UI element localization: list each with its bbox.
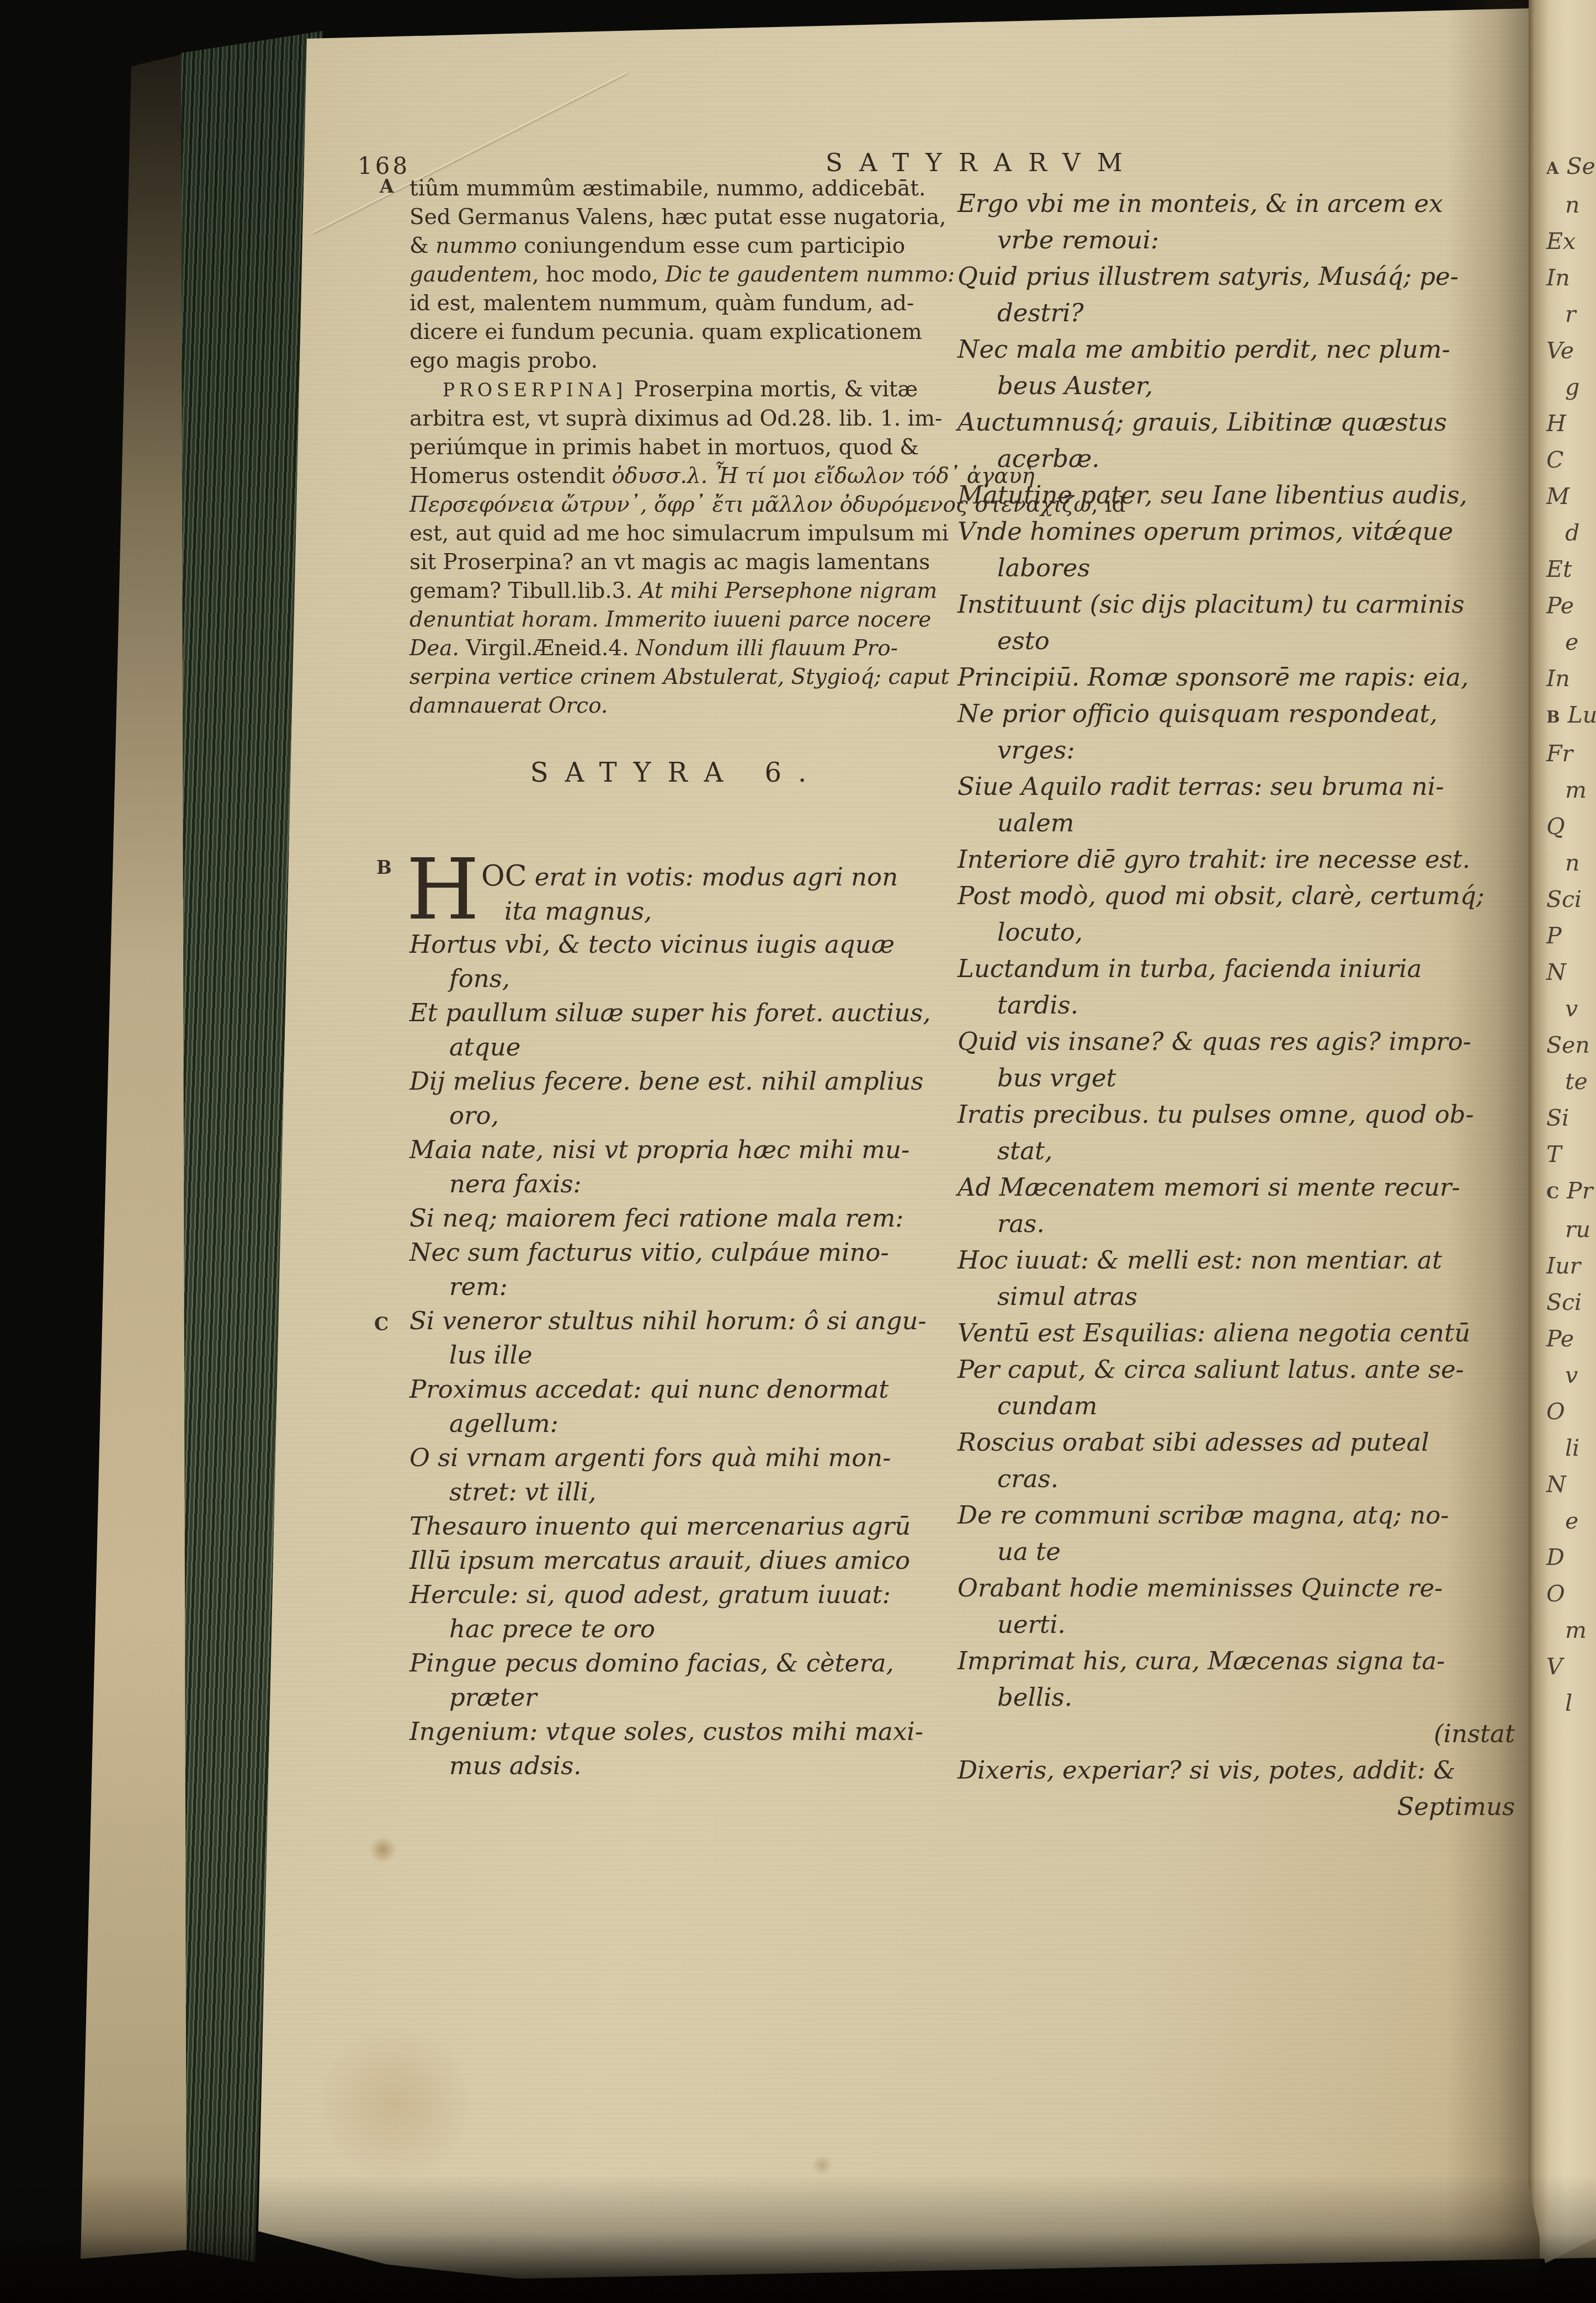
verse-line-text: Orabant hodie meminisses Quincte re- [957, 1573, 1443, 1602]
fragment-line: Pe [1546, 587, 1596, 624]
fragment-line: CPr [1546, 1172, 1596, 1211]
commentary-text: ego magis probo. [409, 348, 598, 373]
fragment-text: Pe [1546, 592, 1574, 619]
quoted-text: serpina vertice crinem Abstulerat, Stygi… [409, 665, 949, 689]
verse-line: OC erat in votis: modus agri non [409, 859, 948, 894]
facing-margin-letter-a: A [1546, 159, 1567, 178]
verse-line: simul atras [957, 1278, 1515, 1315]
verse-line-text: esto [997, 626, 1050, 655]
verse-line: uerti. [957, 1606, 1515, 1643]
fragment-line: In [1546, 259, 1596, 296]
verse-line: ras. [957, 1206, 1515, 1242]
fragment-line: v [1546, 1357, 1596, 1393]
verse-line: ualem [957, 805, 1515, 841]
commentary-text: Sed Germanus Valens, hæc putat esse nuga… [409, 205, 946, 230]
fragment-line: r [1546, 296, 1596, 332]
commentary-text: sit Proserpina? an vt magis ac magis lam… [409, 550, 930, 575]
verse-line: tardis. [957, 987, 1515, 1023]
verse-line: lus ille [409, 1338, 948, 1372]
fragment-text: l [1565, 1690, 1572, 1716]
verse-line-text: hac prece te oro [449, 1614, 655, 1643]
verse-line-text: Dixeris, experiar? si vis, potes, addit:… [957, 1755, 1455, 1785]
verse-line-text: Interiore diē gyro trahit: ire necesse e… [957, 845, 1470, 874]
verse-line-text: Siue Aquilo radit terras: seu bruma ni- [957, 772, 1444, 801]
verse-line: esto [957, 623, 1515, 659]
fragment-line: Sen [1546, 1027, 1596, 1063]
verse-line-text: ua te [997, 1537, 1061, 1566]
verse-line-text: oro, [449, 1101, 499, 1130]
verse-line-text: cras. [997, 1464, 1058, 1493]
fragment-text: N [1546, 959, 1566, 985]
verse-line-text: Pingue pecus domino facias, & cètera, [409, 1648, 894, 1678]
book-scan: 168 SATYRARVM A B tiûm mummûm æstimabile… [0, 0, 1596, 2303]
verse-line: nera faxis: [409, 1167, 948, 1201]
commentary-text: dicere ei fundum pecunia. quam explicati… [409, 320, 922, 344]
poem-opening-verse: H OC erat in votis: modus agri non ita m… [409, 859, 948, 927]
fragment-line: e [1546, 1503, 1596, 1539]
verse-line: agellum: [409, 1407, 948, 1441]
fragment-line: m [1546, 772, 1596, 808]
verse-line: Illū ipsum mercatus arauit, diues amico [409, 1543, 948, 1578]
verse-line: DErgo vbi me in monteis, & in arcem ex [957, 185, 1515, 222]
verse-line: Imprimat his, cura, Mæcenas signa ta- [957, 1643, 1515, 1679]
verse-line: Hortus vbi, & tecto vicinus iugis aquæ [409, 927, 948, 962]
verse-line: Per caput, & circa saliunt latus. ante s… [957, 1351, 1515, 1388]
verse-line: Et paullum siluæ super his foret. auctiu… [409, 996, 948, 1030]
verse-line: hac prece te oro [409, 1612, 948, 1646]
fragment-line: Ex [1546, 223, 1596, 259]
commentary-text: Proserpina mortis, & vitæ [627, 377, 918, 402]
commentary-text: periúmque in primis habet in mortuos, qu… [409, 435, 919, 460]
fragment-text: Pr [1567, 1177, 1593, 1204]
verse-line: ENe prior officio quisquam respondeat, [957, 696, 1515, 732]
fragment-text: In [1546, 665, 1570, 692]
verse-line-text: Thesauro inuento qui mercenarius agrū [409, 1511, 911, 1541]
paper-stain [811, 2156, 833, 2174]
fragment-line: Sci [1546, 1284, 1596, 1320]
verse-line-right-aligned: Septimus [957, 1789, 1515, 1825]
commentary-line: Homerus ostendit ὀδυσσ.λ. Ἦ τί μοι εἴδωλ… [409, 462, 944, 491]
verse-line: Roscius orabat sibi adesses ad puteal [957, 1424, 1515, 1461]
verse-line-text: bus vrget [997, 1063, 1116, 1092]
fragment-line: D [1546, 1539, 1596, 1575]
commentary-text: gemam? Tibull.lib.3. [409, 579, 639, 603]
fragment-text: Sci [1546, 886, 1582, 912]
fragment-text: n [1565, 850, 1579, 876]
verse-line: labores [957, 550, 1515, 586]
fragment-line: n [1546, 845, 1596, 881]
verse-line-text: Ventū est Esquilias: aliena negotia cent… [957, 1318, 1470, 1347]
fragment-text: C [1546, 447, 1563, 473]
verse-line-text: Nec mala me ambitio perdit, nec plum- [957, 335, 1450, 364]
verse-line: Ventū est Esquilias: aliena negotia cent… [957, 1315, 1515, 1351]
verse-line-text: Hoc iuuat: & melli est: non mentiar. at [957, 1245, 1442, 1275]
fragment-text: Sci [1546, 1289, 1582, 1315]
quoted-text: Nondum illi flauum Pro- [636, 636, 898, 661]
verse-line-text: Nec sum facturus vitio, culpáue mino- [409, 1238, 889, 1267]
fragment-text: O [1546, 1398, 1565, 1425]
fragment-text: g [1565, 374, 1579, 400]
fragment-text: m [1565, 777, 1587, 803]
fragment-line: P [1546, 917, 1596, 954]
bottom-shadow [0, 2175, 1596, 2303]
verse-line-text: Et paullum siluæ super his foret. auctiu… [409, 998, 931, 1027]
verse-line: bellis. [957, 1679, 1515, 1716]
fragment-text: n [1565, 192, 1579, 218]
verse-line: CSi veneror stultus nihil horum: ô si an… [409, 1304, 948, 1338]
fragment-line: N [1546, 954, 1596, 990]
commentary-line: denuntiat horam. Immerito iuueni parce n… [409, 606, 944, 634]
verse-line: Siue Aquilo radit terras: seu bruma ni- [957, 768, 1515, 805]
fragment-text: r [1565, 301, 1576, 327]
poem-left-lines: Hortus vbi, & tecto vicinus iugis aquæfo… [409, 927, 948, 1783]
verse-line: FAd Mæcenatem memori si mente recur- [957, 1169, 1515, 1206]
fragment-text: li [1565, 1435, 1579, 1461]
commentary-line: damnauerat Orco. [409, 692, 944, 720]
verse-line: O si vrnam argenti fors quà mihi mon- [409, 1441, 948, 1475]
poem-right-lines: DErgo vbi me in monteis, & in arcem exvr… [957, 185, 1515, 1825]
verse-line-text: Instituunt (sic dijs placitum) tu carmin… [957, 590, 1465, 619]
commentary-line: & nummo coniungendum esse cum participio [409, 232, 944, 261]
verse-line: ua te [957, 1533, 1515, 1570]
verse-line-text: Proximus accedat: qui nunc denormat [409, 1375, 889, 1404]
verse-line-text: destri? [997, 298, 1084, 327]
commentary-line: est, aut quid ad me hoc simulacrum impul… [409, 519, 944, 548]
fragment-line: Si [1546, 1100, 1596, 1136]
fragment-text: d [1565, 519, 1579, 546]
fragment-text: In [1546, 264, 1570, 291]
verse-line-text: Quid vis insane? & quas res agis? impro- [957, 1027, 1471, 1056]
verse-line-text: Maia nate, nisi vt propria hæc mihi mu- [409, 1135, 909, 1164]
commentary-text: arbitra est, vt suprà diximus ad Od.28. … [409, 406, 942, 431]
verse-line: Dij melius fecere. bene est. nihil ampli… [409, 1064, 948, 1099]
verse-line: fons, [409, 962, 948, 996]
commentary-line: dicere ei fundum pecunia. quam explicati… [409, 318, 944, 347]
paper-stain [369, 1837, 397, 1862]
verse-line-text: Ad Mæcenatem memori si mente recur- [957, 1172, 1460, 1202]
verse-line: Matutine pater, seu Iane libentius audis… [957, 477, 1515, 513]
verse-line: Quid vis insane? & quas res agis? impro- [957, 1023, 1515, 1060]
verse-line: Hercule: si, quod adest, gratum iuuat: [409, 1578, 948, 1612]
verse-line-text: erat in votis: modus agri non [526, 862, 898, 892]
verse-line-text: rem: [449, 1272, 508, 1301]
commentary-text: & [409, 234, 435, 258]
commentary-line: gemam? Tibull.lib.3. At mihi Persephone … [409, 577, 944, 606]
quoted-text: At mihi Persephone nigram [639, 579, 937, 603]
fragment-text: H [1546, 410, 1566, 437]
quoted-text: gaudentem [409, 262, 532, 287]
verse-line-text: locuto, [997, 917, 1083, 947]
commentary-line: Περσεφόνεια ὤτρυν᾽, ὄφρ᾽ ἔτι μᾶλλον ὀδυρ… [409, 491, 944, 519]
verse-line-text: lus ille [449, 1340, 533, 1370]
facing-margin-letter-b: B [1546, 708, 1568, 726]
verse-line: Proximus accedat: qui nunc denormat [409, 1372, 948, 1407]
running-header: SATYRARVM [773, 148, 1192, 177]
fragment-line: O [1546, 1393, 1596, 1430]
fragment-line: N [1546, 1466, 1596, 1503]
drop-cap-initial: H [406, 856, 480, 924]
poem-left-column: H OC erat in votis: modus agri non ita m… [409, 859, 948, 1783]
fragment-line: d [1546, 514, 1596, 551]
verse-line-text: uerti. [997, 1610, 1066, 1639]
fragment-line: li [1546, 1430, 1596, 1466]
quoted-text: Dic te gaudentem nummo: [666, 262, 955, 287]
quoted-text: damnauerat Orco. [409, 693, 608, 718]
fragment-text: ru [1565, 1216, 1590, 1243]
fragment-text: Ex [1546, 228, 1576, 254]
commentary-line: Dea. Virgil.Æneid.4. Nondum illi flauum … [409, 634, 944, 663]
verse-line: Hoc iuuat: & melli est: non mentiar. at [957, 1242, 1515, 1278]
fragment-line: T [1546, 1136, 1596, 1172]
verse-line: Instituunt (sic dijs placitum) tu carmin… [957, 586, 1515, 623]
fragment-line: te [1546, 1063, 1596, 1100]
verse-line: ita magnus, [409, 894, 948, 928]
fragment-line: O [1546, 1575, 1596, 1612]
commentary-paragraph-1: tiûm mummûm æstimabile, nummo, addicebāt… [409, 174, 944, 375]
verse-line-text: Post modò, quod mi obsit, clarè, certumq… [957, 881, 1485, 910]
margin-letter-c: C [374, 1307, 389, 1341]
verse-line-text: Ingenium: vtque soles, custos mihi maxi- [409, 1717, 923, 1746]
verse-line: De re communi scribæ magna, atq; no- [957, 1497, 1515, 1533]
verse-line: Si neq; maiorem feci ratione mala rem: [409, 1201, 948, 1235]
verse-line: locuto, [957, 914, 1515, 951]
fragment-line: Iur [1546, 1248, 1596, 1284]
commentary-block: tiûm mummûm æstimabile, nummo, addicebāt… [409, 174, 944, 720]
facing-margin-letter-c: C [1546, 1184, 1567, 1202]
verse-line-text: Imprimat his, cura, Mæcenas signa ta- [957, 1646, 1445, 1675]
fragment-text: P [1546, 922, 1562, 949]
fragment-text: Ve [1546, 337, 1574, 364]
commentary-line: tiûm mummûm æstimabile, nummo, addicebāt… [409, 174, 944, 203]
verse-line-text: stret: vt illi, [449, 1477, 597, 1506]
verse-line: Post modò, quod mi obsit, clarè, certumq… [957, 878, 1515, 914]
verse-line: Iratis precibus. tu pulses omne, quod ob… [957, 1096, 1515, 1133]
commentary-text: coniungendum esse cum participio [517, 234, 905, 258]
fragment-text: m [1565, 1617, 1587, 1643]
commentary-text: Virgil.Æneid.4. [459, 636, 636, 661]
verse-line-text: Ergo vbi me in monteis, & in arcem ex [957, 189, 1443, 218]
verse-line: cundam [957, 1388, 1515, 1424]
fragment-text: Se [1567, 153, 1595, 179]
verse-line-text: Iratis precibus. tu pulses omne, quod ob… [957, 1100, 1474, 1129]
fragment-line: C [1546, 442, 1596, 478]
verse-line-text: agellum: [449, 1409, 558, 1438]
verse-line-text: stat, [997, 1136, 1052, 1165]
verse-line: vrges: [957, 732, 1515, 768]
commentary-line: id est, malentem nummum, quàm fundum, ad… [409, 289, 944, 318]
verse-line-text: O si vrnam argenti fors quà mihi mon- [409, 1443, 891, 1472]
verse-line: Nec mala me ambitio perdit, nec plum- [957, 331, 1515, 368]
verse-line-text: bellis. [997, 1683, 1072, 1712]
verse-line-text: Hercule: si, quod adest, gratum iuuat: [409, 1580, 891, 1609]
fragment-line: m [1546, 1612, 1596, 1648]
fragment-text: Iur [1546, 1253, 1581, 1279]
verse-line-text: Ne prior officio quisquam respondeat, [957, 699, 1438, 728]
fragment-text: O [1546, 1580, 1565, 1607]
verse-line: Quid prius illustrem satyris, Musáq́; pe… [957, 258, 1515, 295]
commentary-line: sit Proserpina? an vt magis ac magis lam… [409, 548, 944, 577]
fragment-line: V [1546, 1648, 1596, 1685]
verse-line: Ingenium: vtque soles, custos mihi maxi- [409, 1715, 948, 1749]
fragment-line: H [1546, 405, 1596, 442]
verse-line: rem: [409, 1270, 948, 1304]
commentary-text: , hoc modo, [532, 262, 665, 287]
fragment-text: Et [1546, 556, 1572, 582]
verse-line: bus vrget [957, 1060, 1515, 1096]
verse-line-text: Per caput, & circa saliunt latus. ante s… [957, 1355, 1464, 1384]
fragment-line: Pe [1546, 1320, 1596, 1357]
fragment-text: Fr [1546, 740, 1573, 767]
gutter-shadow [1446, 0, 1540, 2303]
verse-line-text: Principiū. Romæ sponsorē me rapis: eia, [957, 662, 1469, 692]
verse-line: stret: vt illi, [409, 1475, 948, 1509]
verse-caps: OC [481, 859, 526, 893]
verse-line: Vnde homines operum primos, vitǽque [957, 513, 1515, 550]
commentary-text: tiûm mummûm æstimabile, nummo, addicebāt… [409, 176, 925, 201]
verse-line: cras. [957, 1461, 1515, 1497]
fragment-text: v [1565, 1362, 1578, 1388]
commentary-line: Sed Germanus Valens, hæc putat esse nuga… [409, 203, 944, 232]
verse-line-text: De re communi scribæ magna, atq; no- [957, 1500, 1449, 1530]
verse-line-text: atque [449, 1032, 520, 1062]
fragment-line: ASe [1546, 148, 1596, 187]
commentary-line: periúmque in primis habet in mortuos, qu… [409, 433, 944, 462]
verse-line-text: vrbe remoui: [997, 225, 1159, 254]
commentary-line: ego magis probo. [409, 347, 944, 375]
paper-stain [323, 2020, 467, 2186]
verse-line: destri? [957, 295, 1515, 331]
verse-line: mus adsis. [409, 1749, 948, 1783]
verse-line-text: mus adsis. [449, 1751, 582, 1780]
verse-line-text: Quid prius illustrem satyris, Musáq́; pe… [957, 262, 1459, 291]
commentary-line: arbitra est, vt suprà diximus ad Od.28. … [409, 405, 944, 433]
verse-line: vrbe remoui: [957, 222, 1515, 258]
verse-line-text: cundam [997, 1391, 1097, 1420]
fragment-line: n [1546, 187, 1596, 223]
fragment-text: e [1565, 1508, 1578, 1534]
fragment-line: ru [1546, 1211, 1596, 1248]
verse-line-text: Auctumnusq́; grauis, Libitinæ quæstus [957, 407, 1447, 437]
verse-line-text: Dij melius fecere. bene est. nihil ampli… [409, 1066, 923, 1096]
verse-line: Dixeris, experiar? si vis, potes, addit:… [957, 1752, 1515, 1789]
verse-line-text: simul atras [997, 1282, 1137, 1311]
commentary-text: id est, malentem nummum, quàm fundum, ad… [409, 291, 914, 316]
fragment-line: g [1546, 369, 1596, 405]
verse-line: Auctumnusq́; grauis, Libitinæ quæstus [957, 404, 1515, 441]
verse-line: atque [409, 1030, 948, 1064]
fragment-line: Fr [1546, 735, 1596, 772]
fragment-text: D [1546, 1544, 1565, 1570]
fragment-line: v [1546, 990, 1596, 1027]
verse-line-text: ualem [997, 808, 1074, 837]
facing-page-fragments: ASenExInrVegHCMdEtPeeInBLuFrmQnSciPNvSen… [1546, 148, 1596, 1721]
verse-line: Interiore diē gyro trahit: ire necesse e… [957, 841, 1515, 878]
commentary-line: Proserpina] Proserpina mortis, & vitæ [409, 375, 944, 405]
verse-line-text: Luctandum in turba, facienda iniuria [957, 954, 1422, 983]
verse-line: Orabant hodie meminisses Quincte re- [957, 1570, 1515, 1606]
margin-letter-a: A [380, 176, 394, 197]
verse-line-text: acerbæ. [997, 444, 1100, 473]
quoted-text: nummo [435, 234, 517, 258]
verse-line: stat, [957, 1133, 1515, 1169]
fragment-text: N [1546, 1471, 1566, 1498]
fragment-text: V [1546, 1653, 1563, 1680]
fragment-text: M [1546, 483, 1570, 510]
quoted-text: Dea. [409, 636, 459, 661]
fragment-text: Q [1546, 813, 1565, 840]
fragment-line: Ve [1546, 332, 1596, 369]
verse-line-text: Roscius orabat sibi adesses ad puteal [957, 1428, 1429, 1457]
verse-line-text: Si neq; maiorem feci ratione mala rem: [409, 1203, 904, 1233]
verse-line-text: tardis. [997, 990, 1078, 1020]
verse-line-text: Matutine pater, seu Iane libentius audis… [957, 480, 1467, 510]
fragment-text: e [1565, 629, 1578, 655]
lemma-text: Proserpina] [443, 379, 627, 401]
commentary-text: Homerus ostendit [409, 464, 612, 489]
quoted-text: denuntiat horam. Immerito iuueni parce n… [409, 607, 931, 632]
verse-line: Principiū. Romæ sponsorē me rapis: eia, [957, 659, 1515, 696]
verse-line: Maia nate, nisi vt propria hæc mihi mu- [409, 1133, 948, 1167]
verse-line-text: vrges: [997, 735, 1075, 765]
commentary-line: gaudentem, hoc modo, Dic te gaudentem nu… [409, 261, 944, 289]
verse-line: oro, [409, 1099, 948, 1133]
verse-line-text: ras. [997, 1209, 1045, 1238]
satyra-heading: SATYRA 6. [409, 757, 944, 788]
fragment-line: Q [1546, 808, 1596, 845]
fragment-text: T [1546, 1141, 1561, 1168]
fragment-line: e [1546, 624, 1596, 660]
verse-line-text: beus Auster, [997, 371, 1153, 400]
fragment-line: M [1546, 478, 1596, 514]
verse-line-text: fons, [449, 964, 510, 993]
verse-line-text: Hortus vbi, & tecto vicinus iugis aquæ [409, 930, 895, 959]
verse-line-text: labores [997, 553, 1090, 582]
fragment-text: Pe [1546, 1325, 1574, 1352]
commentary-line: serpina vertice crinem Abstulerat, Stygi… [409, 663, 944, 692]
fragment-text: te [1565, 1068, 1588, 1095]
verse-line: præter [409, 1680, 948, 1715]
fragment-text: v [1565, 995, 1578, 1022]
commentary-text: est, aut quid ad me hoc simulacrum impul… [409, 521, 949, 546]
fragment-text: Lu [1568, 702, 1596, 728]
verse-line-text: Vnde homines operum primos, vitǽque [957, 517, 1453, 546]
verse-line-right-aligned: (instat [957, 1716, 1515, 1752]
verse-line-text: nera faxis: [449, 1169, 582, 1198]
verse-line: beus Auster, [957, 368, 1515, 404]
fragment-line: l [1546, 1685, 1596, 1721]
verse-line-text: Si veneror stultus nihil horum: ô si ang… [409, 1306, 927, 1335]
poem-right-column: DErgo vbi me in monteis, & in arcem exvr… [957, 185, 1515, 1825]
verse-line: Luctandum in turba, facienda iniuria [957, 951, 1515, 987]
verse-line: acerbæ. [957, 441, 1515, 477]
verse-line: Pingue pecus domino facias, & cètera, [409, 1646, 948, 1680]
fragment-line: Sci [1546, 881, 1596, 917]
verse-line-text: Illū ipsum mercatus arauit, diues amico [409, 1546, 910, 1575]
verse-line: Nec sum facturus vitio, culpáue mino- [409, 1235, 948, 1270]
verse-line: Thesauro inuento qui mercenarius agrū [409, 1509, 948, 1543]
fragment-line: In [1546, 660, 1596, 697]
margin-letter-b: B [376, 857, 392, 878]
commentary-paragraph-2: Proserpina] Proserpina mortis, & vitæarb… [409, 375, 944, 720]
verse-line-text: præter [449, 1683, 537, 1712]
fragment-text: Si [1546, 1105, 1569, 1131]
fragment-text: Sen [1546, 1032, 1590, 1058]
fragment-line: Et [1546, 551, 1596, 587]
fragment-line: BLu [1546, 697, 1596, 735]
